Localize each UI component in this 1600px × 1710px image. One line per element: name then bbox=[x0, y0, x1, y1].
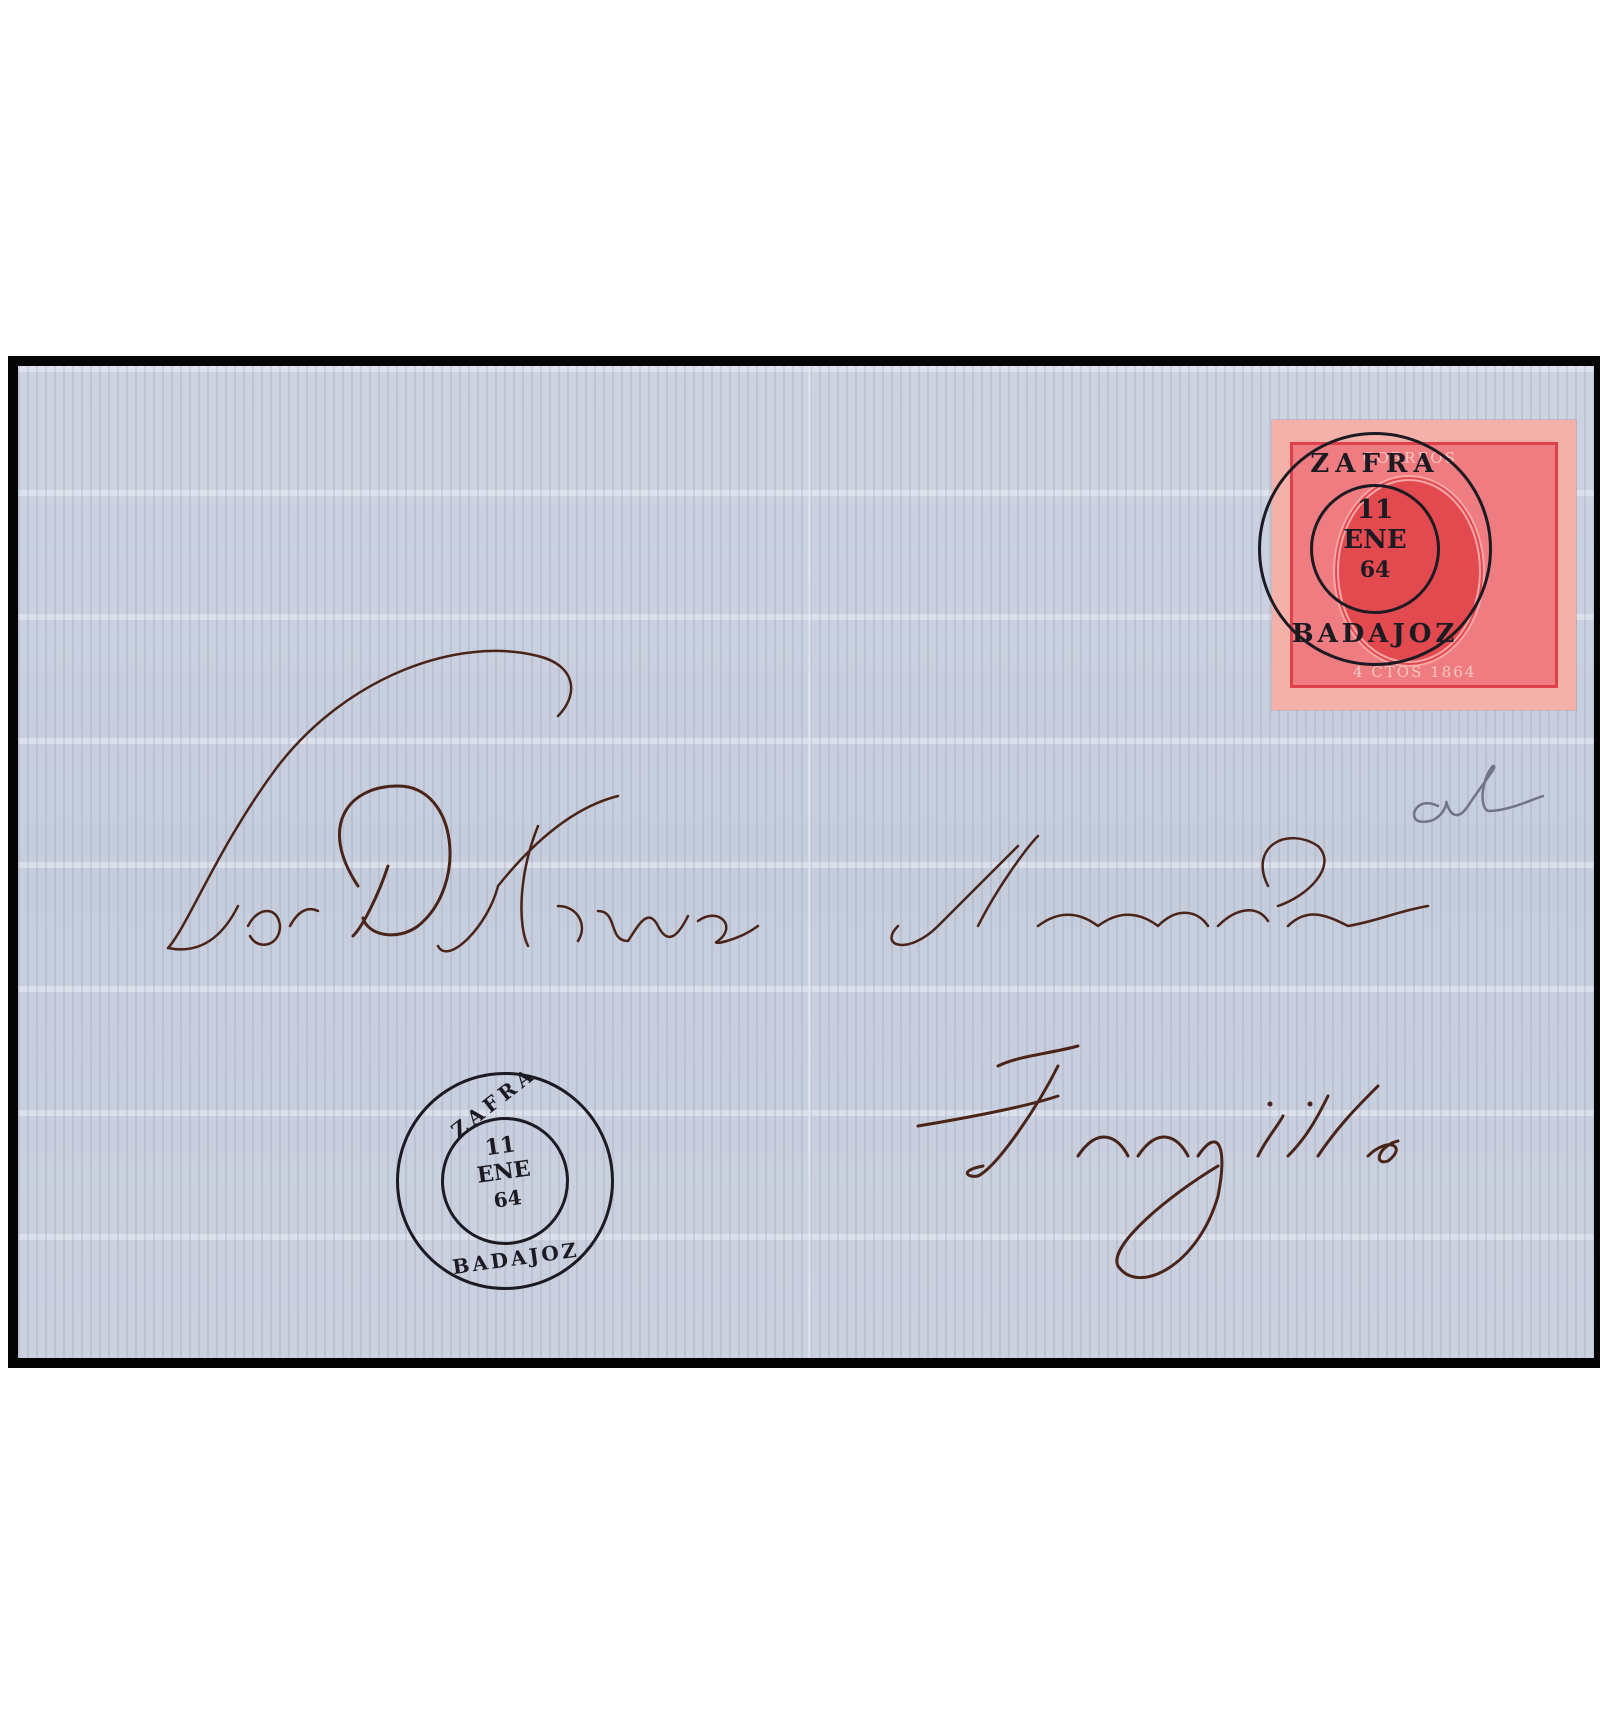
handwriting-trujillo bbox=[918, 1046, 1398, 1278]
handwriting-d bbox=[339, 786, 450, 936]
handwriting-sor bbox=[168, 651, 571, 948]
handwriting-pencil-note bbox=[1414, 766, 1543, 822]
handwriting-hernandez bbox=[892, 836, 1428, 945]
handwriting-vicente bbox=[438, 796, 758, 951]
envelope-frame: CORREOS 4 CTOS 1864 ZAFRA 11 ENE 64 BADA… bbox=[8, 356, 1600, 1368]
handwritten-address bbox=[18, 366, 1594, 1358]
